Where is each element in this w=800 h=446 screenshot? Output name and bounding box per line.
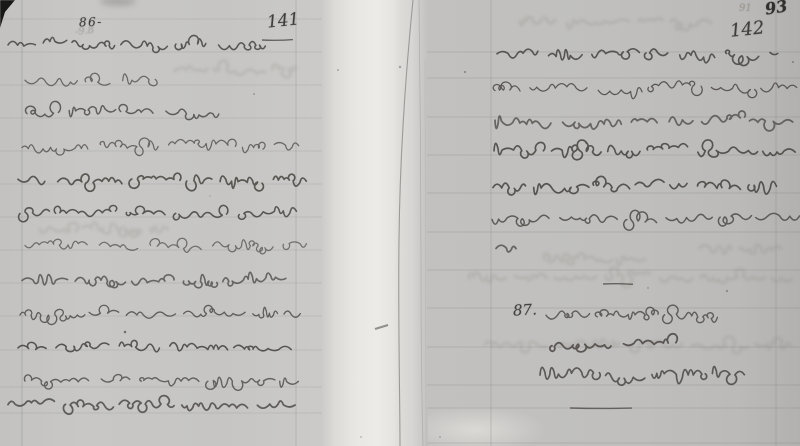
ink-specks	[124, 61, 794, 438]
handwriting-layer	[0, 0, 800, 446]
page-number-right: 142	[729, 17, 765, 41]
page-edge-lines	[399, 0, 426, 446]
page-number-left: 141	[266, 9, 300, 32]
section-number: 87.	[513, 300, 538, 319]
handwritten-tamil-lines	[8, 35, 800, 414]
ghost-number-impression: -9.8	[74, 25, 94, 38]
manuscript-scan: 86- -9.8 141 142 93 91 87.	[0, 0, 800, 446]
corner-number-faint: 91	[739, 3, 752, 14]
